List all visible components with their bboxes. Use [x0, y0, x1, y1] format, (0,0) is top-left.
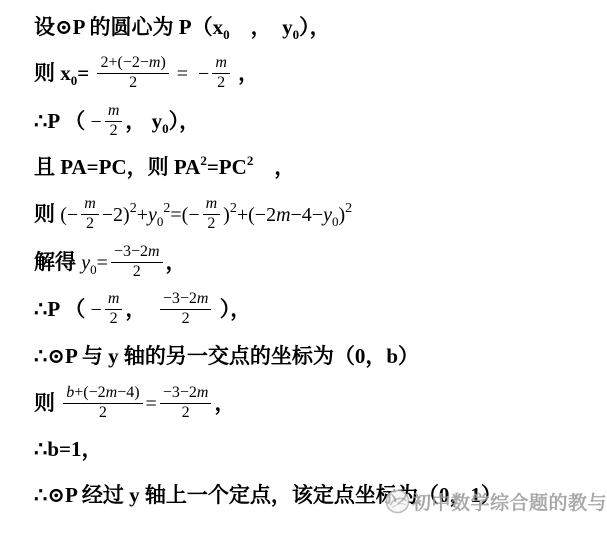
- fraction-numerator: m: [212, 54, 230, 73]
- math-text-segment: −4−: [291, 204, 324, 226]
- math-text-segment: 2: [217, 74, 225, 91]
- solution-line: 则 b+(−2m−4)2=−3−2m2，: [34, 379, 607, 427]
- solution-line: ∴⊙P 经过 y 轴上一个定点，该定点坐标为（0，1）: [34, 471, 607, 519]
- italic-variable: y: [148, 204, 157, 226]
- math-text-segment: =(−: [170, 204, 199, 226]
- fraction: m2: [105, 290, 123, 328]
- text-segment: ∴P （: [34, 109, 91, 133]
- fraction-numerator: −3−2m: [111, 243, 163, 262]
- math-text-segment: 2: [133, 263, 141, 280]
- italic-variable: m: [148, 243, 160, 260]
- math-text-segment: +(−2: [237, 204, 276, 226]
- text-segment: ），: [169, 109, 201, 133]
- solution-line: ∴b=1，: [34, 427, 607, 471]
- italic-variable: m: [108, 102, 120, 119]
- text-segment: ，: [233, 61, 259, 85]
- italic-variable: y: [81, 252, 90, 274]
- italic-variable: m: [106, 384, 118, 401]
- math-subscript: 0: [157, 214, 164, 229]
- fraction: m2: [203, 195, 221, 233]
- italic-variable: m: [108, 290, 120, 307]
- text-segment: ， y: [230, 15, 293, 39]
- fraction-numerator: m: [203, 195, 221, 214]
- math-text-segment: 2+(−2−: [100, 54, 148, 71]
- math-text-segment: +: [137, 204, 148, 226]
- fraction-numerator: m: [105, 290, 123, 309]
- fraction: −3−2m2: [160, 290, 212, 328]
- math-text-segment: −3−2: [163, 384, 197, 401]
- text-segment: =: [77, 61, 94, 85]
- text-segment: ，: [214, 391, 235, 415]
- fraction-denominator: 2: [205, 215, 217, 233]
- fraction-denominator: 2: [215, 74, 227, 92]
- italic-variable: m: [276, 204, 290, 226]
- math-text-segment: −4): [117, 384, 139, 401]
- fraction-numerator: m: [81, 195, 99, 214]
- text-segment: ，: [166, 250, 187, 274]
- math-text-segment: ): [160, 54, 165, 71]
- math-text-segment: 2: [129, 74, 137, 91]
- fraction-numerator: −3−2m: [160, 290, 212, 309]
- text-segment: 则 x: [34, 61, 71, 85]
- italic-variable: m: [215, 54, 227, 71]
- solution-lines: 设⊙P 的圆心为 P（x0 ， y0），则 x0= 2+(−2−m)2 = −m…: [0, 0, 607, 519]
- math-text-segment: −: [91, 299, 102, 321]
- solution-line: 且 PA=PC，则 PA2=PC2 ，: [34, 145, 607, 189]
- fraction-numerator: 2+(−2−m): [97, 54, 168, 73]
- solution-line: 则 (−m2−2)2+y02=(−m2)2+(−2m−4−y0)2: [34, 189, 607, 239]
- fraction: m2: [81, 195, 99, 233]
- fraction-denominator: 2: [108, 310, 120, 328]
- fraction-numerator: −3−2m: [160, 384, 212, 403]
- fraction-denominator: 2: [84, 215, 96, 233]
- italic-variable: m: [197, 384, 209, 401]
- text-segment: ，: [253, 155, 295, 179]
- fraction: m2: [105, 102, 123, 140]
- text-segment: ，: [125, 297, 157, 321]
- fraction: 2+(−2−m)2: [97, 54, 168, 92]
- text-segment: 解得: [34, 250, 81, 274]
- math-text-segment: 2: [207, 215, 215, 232]
- fraction-denominator: 2: [127, 74, 139, 92]
- math-text-segment: ): [223, 204, 230, 226]
- fraction: −3−2m2: [111, 243, 163, 281]
- text-segment: ∴⊙P 与 y 轴的另一交点的坐标为（0，b）: [34, 344, 419, 368]
- italic-variable: m: [84, 195, 96, 212]
- math-text-segment: 2: [182, 404, 190, 421]
- math-superscript: 2: [345, 201, 352, 216]
- fraction: −3−2m2: [160, 384, 212, 422]
- solution-line: 设⊙P 的圆心为 P（x0 ， y0），: [34, 4, 607, 50]
- math-superscript: 2: [130, 201, 137, 216]
- math-text-segment: 2: [182, 310, 190, 327]
- fraction-denominator: 2: [97, 404, 109, 422]
- fraction: b+(−2m−4)2: [63, 384, 142, 422]
- text-segment: 则: [34, 391, 60, 415]
- math-text-segment: 2: [110, 122, 118, 139]
- fraction-denominator: 2: [108, 122, 120, 140]
- math-text-segment: (−: [60, 204, 78, 226]
- math-text-segment: = −: [172, 63, 210, 85]
- fraction-denominator: 2: [180, 310, 192, 328]
- text-segment: ），: [299, 15, 331, 39]
- text-segment: 且 PA=PC，则 PA: [34, 155, 200, 179]
- math-text-segment: 2: [110, 310, 118, 327]
- math-text-segment: −3−2: [163, 290, 197, 307]
- math-text-segment: −2): [102, 204, 130, 226]
- math-superscript: 2: [230, 201, 237, 216]
- math-text-segment: 2: [99, 404, 107, 421]
- math-solution-document: 设⊙P 的圆心为 P（x0 ， y0），则 x0= 2+(−2−m)2 = −m…: [0, 0, 607, 535]
- solution-line: ∴P （ −m2， −3−2m2 ），: [34, 285, 607, 333]
- fraction-numerator: m: [105, 102, 123, 121]
- italic-variable: m: [149, 54, 161, 71]
- math-text-segment: +(−2: [74, 384, 105, 401]
- italic-variable: y: [323, 204, 332, 226]
- text-segment: ），: [214, 297, 251, 321]
- text-segment: ∴P （: [34, 297, 91, 321]
- text-segment: =PC: [207, 155, 247, 179]
- text-segment: ∴b=1，: [34, 437, 103, 461]
- math-text-segment: =: [146, 393, 157, 415]
- fraction-denominator: 2: [131, 263, 143, 281]
- solution-line: ∴P （ −m2， y0），: [34, 97, 607, 145]
- text-segment: 则: [34, 202, 60, 226]
- math-text-segment: −3−2: [114, 243, 148, 260]
- math-text-segment: −: [91, 111, 102, 133]
- solution-line: 解得 y0=−3−2m2，: [34, 239, 607, 285]
- text-segment: 设⊙P 的圆心为 P（x: [34, 15, 223, 39]
- italic-variable: m: [206, 195, 218, 212]
- solution-line: 则 x0= 2+(−2−m)2 = −m2 ，: [34, 50, 607, 97]
- math-text-segment: 2: [86, 215, 94, 232]
- italic-variable: m: [197, 290, 209, 307]
- fraction: m2: [212, 54, 230, 92]
- text-segment: ， y: [125, 109, 162, 133]
- math-text-segment: =: [97, 252, 108, 274]
- fraction-denominator: 2: [180, 404, 192, 422]
- solution-line: ∴⊙P 与 y 轴的另一交点的坐标为（0，b）: [34, 333, 607, 379]
- italic-variable: b: [66, 384, 74, 401]
- fraction-numerator: b+(−2m−4): [63, 384, 142, 403]
- text-segment: ∴⊙P 经过 y 轴上一个定点，该定点坐标为（0，1）: [34, 483, 502, 507]
